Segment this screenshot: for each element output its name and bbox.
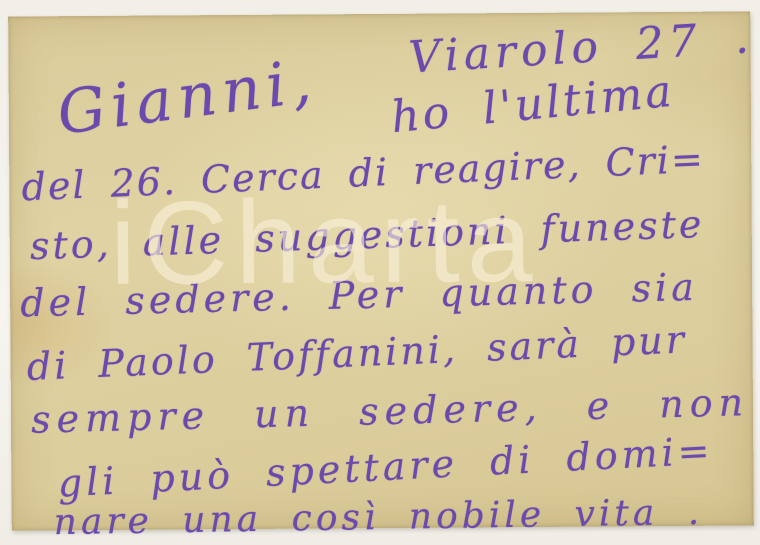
salutation: Gianni, xyxy=(54,51,320,144)
dateline: Viarolo 27 . 8 xyxy=(407,12,760,80)
handwritten-line: sempre un sedere, e non xyxy=(31,383,750,439)
handwritten-line: sto, alle suggestioni funeste xyxy=(29,205,705,265)
handwritten-line: gli può spettare di domi= xyxy=(57,431,715,502)
scan-background: Viarolo 27 . 8 Gianni, ho l'ultima del 2… xyxy=(0,0,760,545)
postcard-paper: Viarolo 27 . 8 Gianni, ho l'ultima del 2… xyxy=(8,11,754,530)
handwritten-line: del 26. Cerca di reagire, Cri= xyxy=(21,140,706,207)
handwritten-line: nare una così nobile vita . xyxy=(53,495,703,541)
handwritten-line: del sedere. Per quanto sia xyxy=(20,268,698,323)
handwritten-line: di Paolo Toffanini, sarà pur xyxy=(26,320,688,386)
